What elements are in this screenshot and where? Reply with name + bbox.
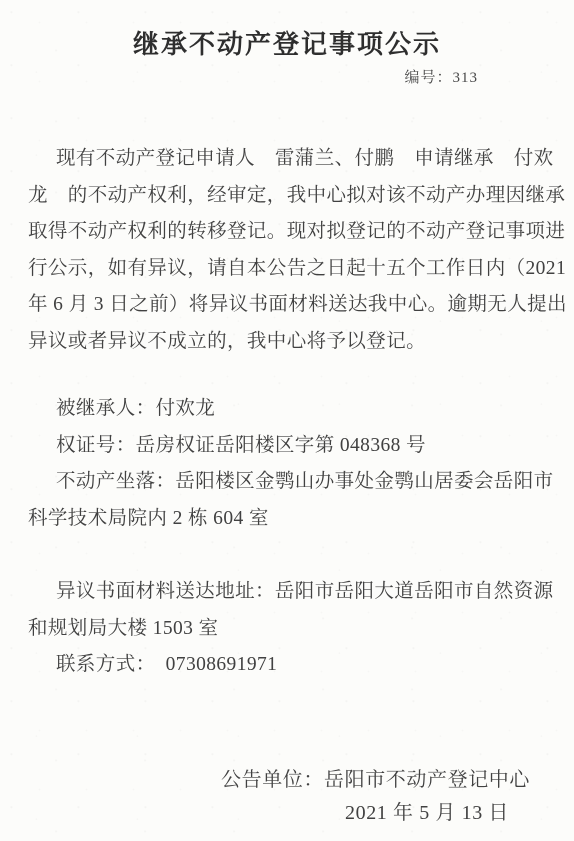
paragraph-line: 取得不动产权利的转移登记。现对拟登记的不动产登记事项进 (28, 214, 568, 251)
page-title: 继承不动产登记事项公示 (0, 24, 574, 61)
certificate-number-line: 权证号：岳房权证岳阳楼区字第 048368 号 (28, 428, 568, 465)
issue-date-line: 2021 年 5 月 13 日 (221, 797, 530, 830)
property-location-line: 不动产坐落：岳阳楼区金鹗山办事处金鹗山居委会岳阳市 (28, 464, 568, 501)
paragraph-line: 龙 的不动产权利，经审定，我中心拟对该不动产办理因继承 (28, 178, 568, 215)
registration-details: 被继承人：付欢龙 权证号：岳房权证岳阳楼区字第 048368 号 不动产坐落：岳… (28, 391, 568, 537)
objection-contact: 异议书面材料送达地址：岳阳市岳阳大道岳阳市自然资源 和规划局大楼 1503 室 … (28, 574, 568, 684)
notice-document-page: 继承不动产登记事项公示 编号：313 现有不动产登记申请人 雷蒲兰、付鹏 申请继… (0, 0, 574, 841)
doc-number: 编号：313 (404, 66, 478, 87)
issuing-unit-line: 公告单位：岳阳市不动产登记中心 (221, 764, 530, 797)
objection-address-line: 和规划局大楼 1503 室 (28, 611, 568, 648)
signature-block: 公告单位：岳阳市不动产登记中心 2021 年 5 月 13 日 (221, 764, 530, 829)
objection-address-line: 异议书面材料送达地址：岳阳市岳阳大道岳阳市自然资源 (28, 574, 568, 611)
paragraph-line: 现有不动产登记申请人 雷蒲兰、付鹏 申请继承 付欢 (28, 141, 568, 178)
heir-line: 被继承人：付欢龙 (28, 391, 568, 428)
property-location-line: 科学技术局院内 2 栋 604 室 (28, 501, 568, 538)
paragraph-line: 行公示，如有异议，请自本公告之日起十五个工作日内（2021 (28, 251, 568, 288)
contact-phone-line: 联系方式： 07308691971 (28, 647, 568, 684)
paragraph-line: 异议或者异议不成立的，我中心将予以登记。 (28, 324, 568, 361)
paragraph-line: 年 6 月 3 日之前）将异议书面材料送达我中心。逾期无人提出 (28, 287, 568, 324)
notice-paragraph: 现有不动产登记申请人 雷蒲兰、付鹏 申请继承 付欢 龙 的不动产权利，经审定，我… (28, 141, 568, 360)
